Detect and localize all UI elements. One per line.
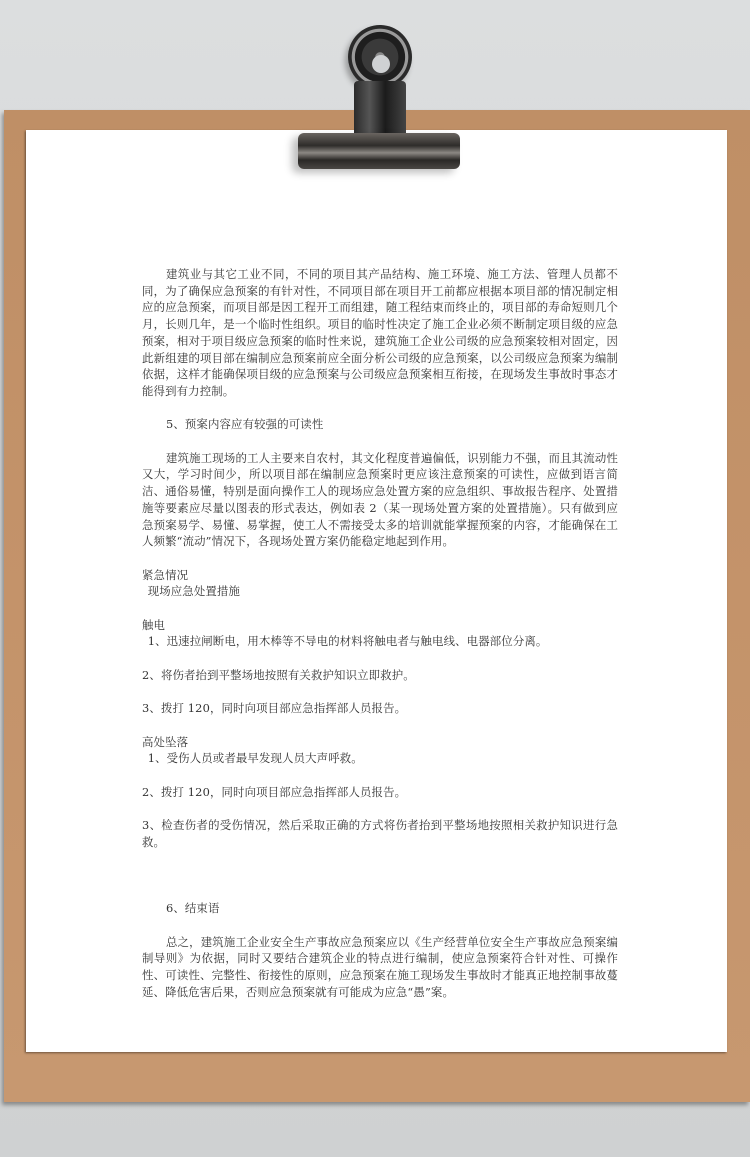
section-5-heading: 5、预案内容应有较强的可读性	[142, 416, 618, 433]
list-item: 1、受伤人员或者最早发现人员大声呼救。	[142, 750, 618, 767]
clip-stem	[354, 81, 406, 141]
paragraph-readability: 建筑施工现场的工人主要来自农村，其文化程度普遍偏低，识别能力不强，而且其流动性又…	[142, 450, 618, 550]
paragraph-conclusion: 总之，建筑施工企业安全生产事故应急预案应以《生产经营单位安全生产事故应急预案编制…	[142, 934, 618, 1001]
section-6-heading: 6、结束语	[142, 900, 618, 917]
clip-jaw	[298, 133, 460, 169]
list-item: 1、迅速拉闸断电，用木棒等不导电的材料将触电者与触电线、电器部位分离。	[142, 633, 618, 650]
table-header-situation: 紧急情况	[142, 567, 618, 584]
table-section-electric-shock: 触电 1、迅速拉闸断电，用木棒等不导电的材料将触电者与触电线、电器部位分离。 2…	[142, 617, 618, 717]
clip-ring-hole	[372, 55, 390, 73]
binder-clip-icon	[268, 25, 468, 173]
list-item: 2、拨打 120，同时向项目部应急指挥部人员报告。	[142, 784, 618, 801]
table-header-measures: 现场应急处置措施	[142, 583, 618, 600]
list-item: 2、将伤者抬到平整场地按照有关救护知识立即救护。	[142, 667, 618, 684]
list-item: 3、拨打 120，同时向项目部应急指挥部人员报告。	[142, 700, 618, 717]
document-body: 建筑业与其它工业不同，不同的项目其产品结构、施工环境、施工方法、管理人员都不同，…	[142, 266, 618, 1000]
section-title: 高处坠落	[142, 734, 618, 751]
paragraph-project-level-plan: 建筑业与其它工业不同，不同的项目其产品结构、施工环境、施工方法、管理人员都不同，…	[142, 266, 618, 400]
measures-table: 紧急情况 现场应急处置措施 触电 1、迅速拉闸断电，用木棒等不导电的材料将触电者…	[142, 567, 618, 851]
section-title: 触电	[142, 617, 618, 634]
list-item: 3、检查伤者的受伤情况，然后采取正确的方式将伤者抬到平整场地按照相关救护知识进行…	[142, 817, 618, 850]
table-section-fall-from-height: 高处坠落 1、受伤人员或者最早发现人员大声呼救。 2、拨打 120，同时向项目部…	[142, 734, 618, 851]
